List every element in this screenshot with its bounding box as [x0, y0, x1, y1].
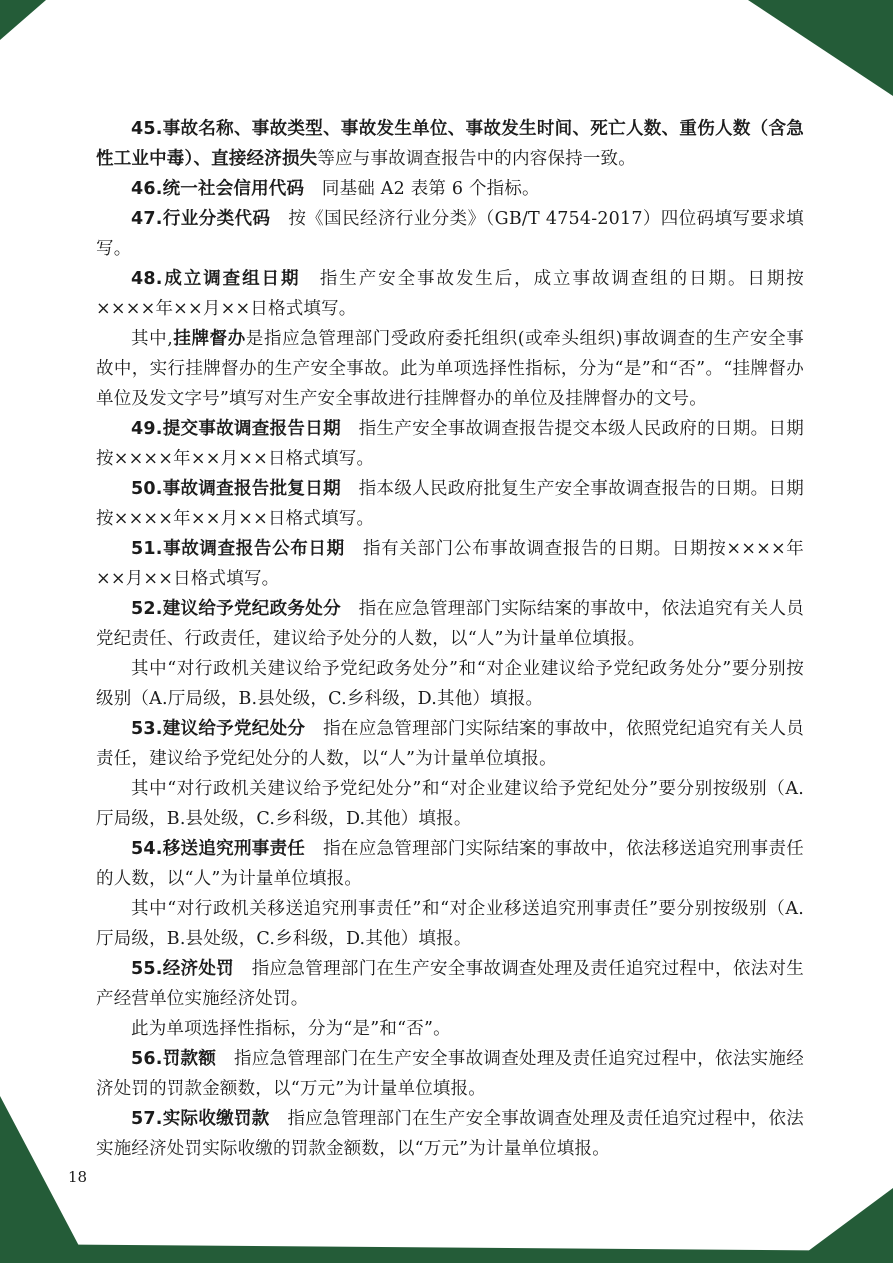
item-52: 52.建议给予党纪政务处分 指在应急管理部门实际结案的事故中，依法追究有关人员党…: [96, 594, 804, 654]
scan-corner-top-left: [0, 0, 46, 40]
item-55: 55.经济处罚 指应急管理部门在生产安全事故调查处理及责任追究过程中，依法对生产…: [96, 954, 804, 1014]
indicator-term: 53.建议给予党纪处分: [131, 719, 305, 739]
item-55-note: 此为单项选择性指标，分为“是”和“否”。: [96, 1014, 804, 1044]
body-text: 其中“对行政机关建议给予党纪政务处分”和“对企业建议给予党纪政务处分”要分别按级…: [96, 659, 804, 709]
item-46: 46.统一社会信用代码 同基础 A2 表第 6 个指标。: [96, 174, 804, 204]
item-51: 51.事故调查报告公布日期 指有关部门公布事故调查报告的日期。日期按××××年×…: [96, 534, 804, 594]
page-number: 18: [68, 1168, 87, 1186]
item-48: 48.成立调查组日期 指生产安全事故发生后，成立事故调查组的日期。日期按××××…: [96, 264, 804, 324]
indicator-term: 47.行业分类代码: [131, 209, 270, 229]
item-47: 47.行业分类代码 按《国民经济行业分类》（GB/T 4754-2017）四位码…: [96, 204, 804, 264]
item-53-note: 其中“对行政机关建议给予党纪处分”和“对企业建议给予党纪处分”要分别按级别（A.…: [96, 774, 804, 834]
body-text: 同基础 A2 表第 6 个指标。: [304, 179, 540, 199]
body-text: 等应与事故调查报告中的内容保持一致。: [317, 149, 636, 169]
body-text: 其中“对行政机关建议给予党纪处分”和“对企业建议给予党纪处分”要分别按级别（A.…: [96, 779, 804, 829]
indicator-term: 46.统一社会信用代码: [131, 179, 304, 199]
indicator-term: 54.移送追究刑事责任: [131, 839, 305, 859]
item-53: 53.建议给予党纪处分 指在应急管理部门实际结案的事故中，依照党纪追究有关人员责…: [96, 714, 804, 774]
body-text: 此为单项选择性指标，分为“是”和“否”。: [131, 1019, 451, 1039]
document-body: 45.事故名称、事故类型、事故发生单位、事故发生时间、死亡人数、重伤人数（含急性…: [96, 114, 804, 1164]
item-56: 56.罚款额 指应急管理部门在生产安全事故调查处理及责任追究过程中，依法实施经济…: [96, 1044, 804, 1104]
scan-corner-bottom-right: [792, 1188, 893, 1263]
indicator-term: 52.建议给予党纪政务处分: [131, 599, 341, 619]
item-45: 45.事故名称、事故类型、事故发生单位、事故发生时间、死亡人数、重伤人数（含急性…: [96, 114, 804, 174]
indicator-term: 挂牌督办: [173, 329, 246, 349]
indicator-term: 50.事故调查报告批复日期: [131, 479, 341, 499]
item-54-note: 其中“对行政机关移送追究刑事责任”和“对企业移送追究刑事责任”要分别按级别（A.…: [96, 894, 804, 954]
indicator-term: 57.实际收缴罚款: [131, 1109, 270, 1129]
indicator-term: 49.提交事故调查报告日期: [131, 419, 341, 439]
indicator-term: 56.罚款额: [131, 1049, 216, 1069]
scan-edge-bottom: [0, 1244, 893, 1263]
item-57: 57.实际收缴罚款 指应急管理部门在生产安全事故调查处理及责任追究过程中，依法实…: [96, 1104, 804, 1164]
indicator-term: 51.事故调查报告公布日期: [131, 539, 345, 559]
scan-corner-top-right: [748, 0, 893, 96]
indicator-term: 48.成立调查组日期: [131, 269, 300, 289]
body-text: 其中“对行政机关移送追究刑事责任”和“对企业移送追究刑事责任”要分别按级别（A.…: [96, 899, 804, 949]
item-50: 50.事故调查报告批复日期 指本级人民政府批复生产安全事故调查报告的日期。日期按…: [96, 474, 804, 534]
item-54: 54.移送追究刑事责任 指在应急管理部门实际结案的事故中，依法移送追究刑事责任的…: [96, 834, 804, 894]
item-48-note: 其中,挂牌督办是指应急管理部门受政府委托组织(或牵头组织)事故调查的生产安全事故…: [96, 324, 804, 414]
indicator-term: 55.经济处罚: [131, 959, 234, 979]
item-49: 49.提交事故调查报告日期 指生产安全事故调查报告提交本级人民政府的日期。日期按…: [96, 414, 804, 474]
body-text: 其中,: [131, 329, 173, 349]
item-52-note: 其中“对行政机关建议给予党纪政务处分”和“对企业建议给予党纪政务处分”要分别按级…: [96, 654, 804, 714]
